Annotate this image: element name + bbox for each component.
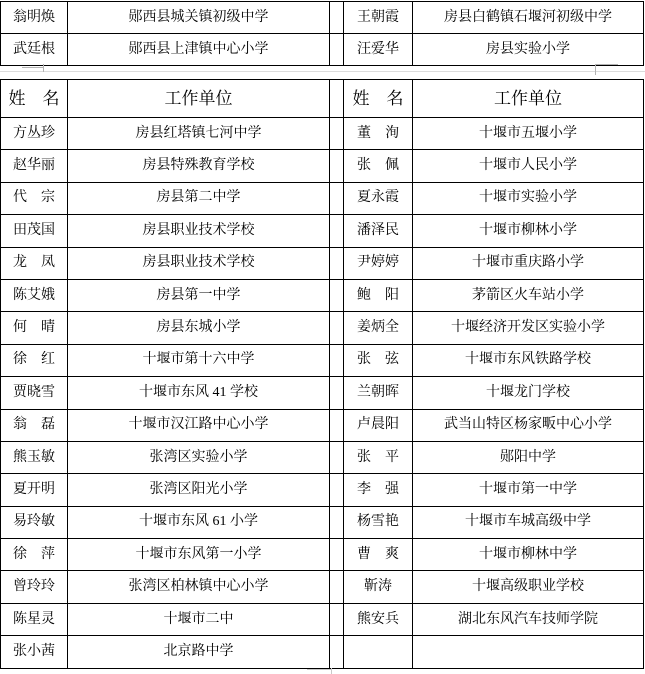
table-row: 翁明焕郧西县城关镇初级中学王朝霞房县白鹤镇石堰河初级中学 (1, 2, 644, 34)
header-name-right: 姓 名 (344, 80, 413, 118)
name-right-cell: 汪爱华 (344, 34, 413, 66)
spacer-cell (330, 215, 344, 247)
table-row: 武廷根郧西县上津镇中心小学汪爱华房县实验小学 (1, 34, 644, 66)
unit-right-cell: 十堰市柳林小学 (413, 215, 644, 247)
unit-right-cell: 十堰高级职业学校 (413, 571, 644, 603)
name-right-cell: 李 强 (344, 474, 413, 506)
name-left-cell: 方丛珍 (1, 118, 68, 150)
unit-right-cell: 十堰市五堰小学 (413, 118, 644, 150)
name-left-cell: 代 宗 (1, 183, 68, 215)
main-table: 姓 名 工作单位 姓 名 工作单位 方丛珍房县红塔镇七河中学董 洵十堰市五堰小学… (0, 79, 644, 669)
spacer-cell (330, 539, 344, 571)
name-right-cell: 靳涛 (344, 571, 413, 603)
name-left-cell: 翁 磊 (1, 410, 68, 442)
name-right-cell: 姜炳全 (344, 312, 413, 344)
spacer-cell (330, 345, 344, 377)
table-row: 易玲敏十堰市东风 61 小学杨雪艳十堰市车城高级中学 (1, 507, 644, 539)
unit-left-cell: 房县红塔镇七河中学 (68, 118, 330, 150)
left-table-handle-mark (22, 67, 43, 68)
unit-right-cell: 十堰市重庆路小学 (413, 248, 644, 280)
name-left-cell: 何 晴 (1, 312, 68, 344)
unit-right-cell: 武当山特区杨家畈中心小学 (413, 410, 644, 442)
table-row: 曾玲玲张湾区柏林镇中心小学靳涛十堰高级职业学校 (1, 571, 644, 603)
unit-right-cell: 房县实验小学 (413, 34, 644, 66)
spacer-cell (330, 377, 344, 409)
top-table: 翁明焕郧西县城关镇初级中学王朝霞房县白鹤镇石堰河初级中学武廷根郧西县上津镇中心小… (0, 1, 644, 66)
spacer-cell (330, 604, 344, 636)
header-unit-right: 工作单位 (413, 80, 644, 118)
name-right-cell (344, 636, 413, 668)
spacer-cell (330, 118, 344, 150)
left-table-handle-mark (43, 64, 44, 72)
table-row: 龙 凤房县职业技术学校尹婷婷十堰市重庆路小学 (1, 248, 644, 280)
unit-left-cell: 郧西县上津镇中心小学 (68, 34, 330, 66)
name-right-cell: 尹婷婷 (344, 248, 413, 280)
name-left-cell: 翁明焕 (1, 2, 68, 34)
unit-left-cell: 十堰市二中 (68, 604, 330, 636)
name-right-cell: 董 洵 (344, 118, 413, 150)
spacer-cell (330, 312, 344, 344)
table-row: 徐 萍十堰市东风第一小学曹 爽十堰市柳林中学 (1, 539, 644, 571)
spacer-cell (330, 636, 344, 668)
spacer-cell (330, 248, 344, 280)
table-row: 陈星灵十堰市二中熊安兵湖北东风汽车技师学院 (1, 604, 644, 636)
unit-left-cell: 十堰市第十六中学 (68, 345, 330, 377)
header-spacer (330, 80, 344, 118)
name-right-cell: 曹 爽 (344, 539, 413, 571)
table-row: 贾晓雪十堰市东风 41 学校兰朝晖十堰龙门学校 (1, 377, 644, 409)
unit-left-cell: 十堰市汉江路中心小学 (68, 410, 330, 442)
name-left-cell: 陈星灵 (1, 604, 68, 636)
unit-right-cell: 十堰市实验小学 (413, 183, 644, 215)
unit-right-cell: 十堰市车城高级中学 (413, 507, 644, 539)
spacer-cell (330, 150, 344, 182)
table-split-gridline (0, 71, 645, 72)
table-row: 何 晴房县东城小学姜炳全十堰经济开发区实验小学 (1, 312, 644, 344)
header-row: 姓 名 工作单位 姓 名 工作单位 (1, 80, 644, 118)
name-right-cell: 潘泽民 (344, 215, 413, 247)
table-row: 徐 红十堰市第十六中学张 弦十堰市东风铁路学校 (1, 345, 644, 377)
unit-left-cell: 十堰市东风 61 小学 (68, 507, 330, 539)
table-row: 熊玉敏张湾区实验小学张 平郧阳中学 (1, 442, 644, 474)
unit-right-cell: 湖北东风汽车技师学院 (413, 604, 644, 636)
unit-right-cell: 十堰龙门学校 (413, 377, 644, 409)
name-left-cell: 夏开明 (1, 474, 68, 506)
name-left-cell: 曾玲玲 (1, 571, 68, 603)
name-right-cell: 兰朝晖 (344, 377, 413, 409)
name-left-cell: 贾晓雪 (1, 377, 68, 409)
name-right-cell: 熊安兵 (344, 604, 413, 636)
name-right-cell: 卢晨阳 (344, 410, 413, 442)
name-right-cell: 张 佩 (344, 150, 413, 182)
header-unit-left: 工作单位 (68, 80, 330, 118)
name-right-cell: 张 弦 (344, 345, 413, 377)
name-right-cell: 杨雪艳 (344, 507, 413, 539)
name-left-cell: 田茂国 (1, 215, 68, 247)
unit-left-cell: 房县职业技术学校 (68, 215, 330, 247)
unit-left-cell: 张湾区实验小学 (68, 442, 330, 474)
unit-left-cell: 张湾区阳光小学 (68, 474, 330, 506)
unit-right-cell (413, 636, 644, 668)
unit-right-cell: 十堰经济开发区实验小学 (413, 312, 644, 344)
unit-left-cell: 房县东城小学 (68, 312, 330, 344)
unit-left-cell: 房县第二中学 (68, 183, 330, 215)
unit-left-cell: 房县特殊教育学校 (68, 150, 330, 182)
spacer-cell (330, 507, 344, 539)
name-left-cell: 龙 凤 (1, 248, 68, 280)
name-right-cell: 张 平 (344, 442, 413, 474)
header-name-left: 姓 名 (1, 80, 68, 118)
name-right-cell: 王朝霞 (344, 2, 413, 34)
spacer-cell (330, 280, 344, 312)
unit-right-cell: 十堰市第一中学 (413, 474, 644, 506)
bottom-table-handle-mark (307, 669, 331, 670)
spacer-cell (330, 442, 344, 474)
name-left-cell: 赵华丽 (1, 150, 68, 182)
name-right-cell: 鲍 阳 (344, 280, 413, 312)
name-left-cell: 徐 萍 (1, 539, 68, 571)
unit-left-cell: 十堰市东风第一小学 (68, 539, 330, 571)
unit-right-cell: 茅箭区火车站小学 (413, 280, 644, 312)
table-row: 陈艾娥房县第一中学鲍 阳茅箭区火车站小学 (1, 280, 644, 312)
name-left-cell: 武廷根 (1, 34, 68, 66)
table-row: 田茂国房县职业技术学校潘泽民十堰市柳林小学 (1, 215, 644, 247)
right-table-handle-mark (595, 64, 618, 65)
unit-right-cell: 十堰市东风铁路学校 (413, 345, 644, 377)
unit-right-cell: 郧阳中学 (413, 442, 644, 474)
spacer-cell (330, 2, 344, 34)
spacer-cell (330, 410, 344, 442)
name-right-cell: 夏永霞 (344, 183, 413, 215)
name-left-cell: 陈艾娥 (1, 280, 68, 312)
unit-left-cell: 北京路中学 (68, 636, 330, 668)
spacer-cell (330, 183, 344, 215)
unit-right-cell: 房县白鹤镇石堰河初级中学 (413, 2, 644, 34)
name-left-cell: 徐 红 (1, 345, 68, 377)
unit-left-cell: 张湾区柏林镇中心小学 (68, 571, 330, 603)
unit-left-cell: 房县第一中学 (68, 280, 330, 312)
unit-right-cell: 十堰市柳林中学 (413, 539, 644, 571)
table-row: 夏开明张湾区阳光小学李 强十堰市第一中学 (1, 474, 644, 506)
table-row: 赵华丽房县特殊教育学校张 佩十堰市人民小学 (1, 150, 644, 182)
table-row: 张小茜北京路中学 (1, 636, 644, 668)
table-row: 代 宗房县第二中学夏永霞十堰市实验小学 (1, 183, 644, 215)
right-table-handle-mark (595, 64, 596, 75)
spacer-cell (330, 474, 344, 506)
unit-left-cell: 房县职业技术学校 (68, 248, 330, 280)
table-row: 方丛珍房县红塔镇七河中学董 洵十堰市五堰小学 (1, 118, 644, 150)
unit-right-cell: 十堰市人民小学 (413, 150, 644, 182)
table-row: 翁 磊十堰市汉江路中心小学卢晨阳武当山特区杨家畈中心小学 (1, 410, 644, 442)
spacer-cell (330, 571, 344, 603)
unit-left-cell: 十堰市东风 41 学校 (68, 377, 330, 409)
spacer-cell (330, 34, 344, 66)
name-left-cell: 易玲敏 (1, 507, 68, 539)
name-left-cell: 张小茜 (1, 636, 68, 668)
bottom-table-handle-mark (331, 668, 332, 674)
name-left-cell: 熊玉敏 (1, 442, 68, 474)
unit-left-cell: 郧西县城关镇初级中学 (68, 2, 330, 34)
